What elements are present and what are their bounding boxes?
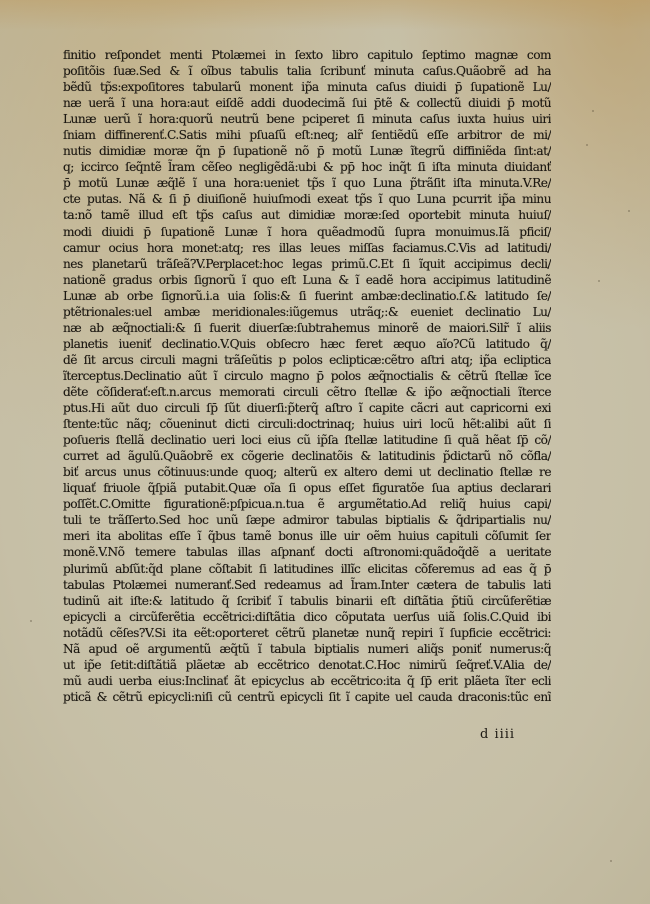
text-line: cte putas. Nã & ſi p̄ diuiſionẽ huiuſmod… <box>63 191 551 207</box>
text-line: ſniam diffinerenť.C.Satis mihi pſuaſũ eſ… <box>63 127 551 143</box>
text-line: næ uerã ĩ una hora:aut eiſdẽ addi duodec… <box>63 95 551 111</box>
text-line: notãdũ cẽſes?V.Si ita eẽt:oporteret cẽtr… <box>63 625 551 641</box>
text-line: nationẽ gradus orbis ſignorũ ĩ quo eſt L… <box>63 272 551 288</box>
paper-speck <box>598 280 600 282</box>
text-line: planetis iueniť declinatio.V.Quis obſecr… <box>63 336 551 352</box>
text-line: plurimũ abſũt:q̃d plane cõſtabit ſi lati… <box>63 561 551 577</box>
text-line: nutis dimidiæ moræ q̃n p̄ ſupationẽ nõ p… <box>63 143 551 159</box>
paper-speck <box>592 110 594 112</box>
text-line: ptus.Hi aũt duo circuli ſp̄ ſũt diuerſi:… <box>63 400 551 416</box>
text-line: q; iccirco ſeq̃ntẽ l̃ram cẽſeo negligẽdã… <box>63 159 551 175</box>
text-line: ſtente:tũc nãq; cõueninut dicti circuli:… <box>63 416 551 432</box>
text-line: modi diuidi p̄ ſupationẽ Lunæ ĩ hora quẽ… <box>63 224 551 240</box>
paper-speck <box>610 860 612 862</box>
text-line: monẽ.V.Nõ temere tabulas illas aſpnanť d… <box>63 544 551 560</box>
text-line: liquať friuole q̃ſpiã putabit.Quæ oĩa ſi… <box>63 480 551 496</box>
text-line: dẽ ſit arcus circuli magni trãſeũtis p p… <box>63 352 551 368</box>
text-line: biť arcus unus cõtinuus:unde quoq; alter… <box>63 464 551 480</box>
text-line: næ ab æq̃noctiali:& ſi fuerit diuerſæ:ſu… <box>63 320 551 336</box>
text-line: nes planetarũ trãſeã?V.Perplacet:hoc leg… <box>63 256 551 272</box>
signature-mark: d iiii <box>480 727 515 742</box>
text-line: finitio reſpondet menti Ptolæmei in ſext… <box>63 47 551 63</box>
text-line: poſitõis ſuæ.Sed & ĩ oĩbus tabulis talia… <box>63 63 551 79</box>
paper-speck <box>628 210 630 212</box>
paper-speck <box>586 144 588 146</box>
text-line: dẽte cõſiderať:eſt.n.arcus memorati circ… <box>63 384 551 400</box>
text-line: camur ocius hora monet:atq; res illas le… <box>63 240 551 256</box>
paper-speck <box>30 620 32 622</box>
text-line: poſſẽt.C.Omitte figurationẽ:pſpicua.n.tu… <box>63 496 551 512</box>
text-line: pticã & cẽtrũ epicycli:niſi cũ centrũ ep… <box>63 689 551 705</box>
text-line: curret ad ãgulũ.Quãobrẽ ex cõgerie decli… <box>63 448 551 464</box>
text-line: poſueris ſtellã declinatio ueri loci eiu… <box>63 432 551 448</box>
page-stain <box>0 0 650 30</box>
text-line: Lunæ uerũ ĩ hora:quorũ neutrũ bene pcipe… <box>63 111 551 127</box>
text-line: mũ audi uerba eius:Inclinať ãt epicyclus… <box>63 673 551 689</box>
text-line: tuli te trãſſerto.Sed hoc unũ ſæpe admir… <box>63 512 551 528</box>
text-line: meri ita abolitas eſſe ĩ q̃bus tamẽ bonu… <box>63 528 551 544</box>
text-line: p̄ motũ Lunæ æq̃lẽ ĩ una hora:ueniet tp̃… <box>63 175 551 191</box>
text-line: Nã apud oẽ argumentũ æq̃tũ ĩ tabula bipt… <box>63 641 551 657</box>
text-line: Lunæ ab orbe ſignorũ.i.a uia ſolis:& ſi … <box>63 288 551 304</box>
text-line: ĩterceptus.Declinatio aũt ĩ circulo magn… <box>63 368 551 384</box>
text-line: ptẽtrionales:uel ambæ meridionales:iũgem… <box>63 304 551 320</box>
book-page: finitio reſpondet menti Ptolæmei in ſext… <box>0 0 650 904</box>
text-line: tudinũ ait iſte:& latitudo q̃ ſcribiť ĩ … <box>63 593 551 609</box>
text-block: finitio reſpondet menti Ptolæmei in ſext… <box>63 47 551 705</box>
text-line: bẽdũ tp̃s:expoſitores tabularũ monent ip… <box>63 79 551 95</box>
text-line: ta:nõ tamẽ illud eſt tp̃s caſus aut dimi… <box>63 207 551 223</box>
text-line: epicycli a circũferẽtia eccẽtrici:diſtãt… <box>63 609 551 625</box>
text-line: ut ip̃e ſetit:diſtãtiã plãetæ ab eccẽtri… <box>63 657 551 673</box>
text-line: tabulas Ptolæmei numeranť.Sed redeamus a… <box>63 577 551 593</box>
